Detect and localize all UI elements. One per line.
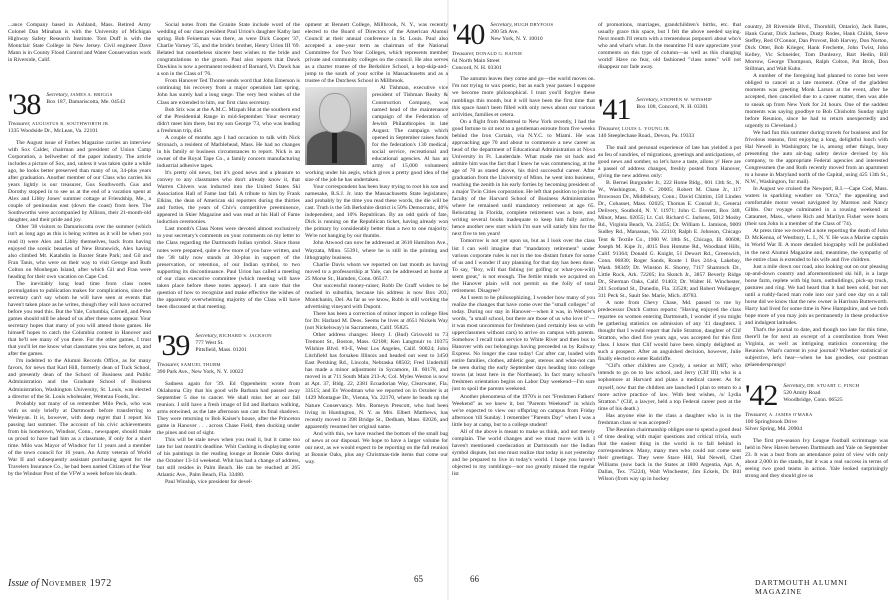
paragraph: Our successful money-raiser, Robb De Gra…: [305, 283, 448, 311]
magazine-spread: ...ance Company based in Ashland, Mass. …: [0, 0, 896, 600]
paragraph: "Clif's other children are Cyndy, a seni…: [598, 363, 741, 412]
class39-header: '39 Secretary, RICHARD S. JACKSON 777 We…: [157, 333, 300, 359]
portrait-photo-al-tishman: [305, 87, 367, 165]
paragraph: The autumn leaves they come and go—the w…: [452, 76, 595, 118]
paragraph: country, 28 Riverside Blvd., Thornhill, …: [745, 24, 888, 73]
paragraph: I'm indebted to the Alumni Records Offic…: [8, 358, 151, 400]
secretary-block: Secretary, HUGH DRYFOOS 200 5th Ave. New…: [490, 22, 553, 42]
paragraph: In August we cruised the Newport, R.I.—C…: [745, 186, 888, 228]
issue-date-footer: Issue of November 1972: [8, 578, 112, 589]
paragraph: Paul Winship, vice president for devel-: [157, 479, 300, 486]
paragraph: That's the journal to date, and though t…: [745, 327, 888, 369]
paragraph: Bob Stix was at the A.M.C. Mizpah Hut at…: [157, 107, 300, 135]
paragraph: Just a mile down our road, also looking …: [745, 264, 888, 327]
treasurer-block: Treasurer, AUGUSTUS R. SOUTHWORTH JR. 13…: [8, 121, 151, 135]
class-year: '38: [8, 92, 40, 118]
column-4: '40 Secretary, HUGH DRYFOOS 200 5th Ave.…: [452, 22, 595, 522]
paragraph: The mail and personal experience of late…: [598, 145, 741, 180]
class37-tail-paragraph: ...ance Company based in Ashland, Mass. …: [8, 22, 151, 64]
column-2: Social notes from the Granite State incl…: [157, 22, 300, 562]
paragraph: Has anyone else in the class a daughter …: [598, 413, 741, 427]
page-number-left: 65: [414, 574, 423, 584]
page-number-right: 66: [470, 574, 479, 584]
paragraph: Social notes from the Granite State incl…: [157, 22, 300, 78]
paragraph: of promotions, marriages, grandchildren'…: [598, 22, 741, 71]
secretary-block: Secretary, JAMES A. BRIGGS Box 187, Dama…: [46, 92, 125, 106]
paragraph: On a flight from Montreal to New York re…: [452, 119, 595, 239]
paragraph: John Atwood can now be addressed at 3610…: [305, 240, 448, 261]
treasurer-block: Treasurer, DONALD G. RAINIE 64 North Mai…: [452, 51, 595, 71]
paragraph: The inevitably long lead time from class…: [8, 281, 151, 359]
paragraph: A note from Chevy Chase, Md. passed to m…: [598, 300, 741, 363]
paragraph: All of the above is meant to make us thi…: [452, 429, 595, 478]
paragraph: There has been a correction of minor imp…: [305, 311, 448, 332]
secretary-block: Secretary, STEPHEN W. WINSHIP Box 108, C…: [636, 97, 712, 111]
class42-header: '42 Secretary, DR. STUART C. FINCH 520 A…: [745, 383, 888, 409]
paragraph: It's pretty old news, but it's good news…: [157, 170, 300, 226]
class-year: '42: [745, 383, 777, 409]
paragraph: Another phenomena of the 1970's is not "…: [452, 394, 595, 429]
paragraph: A couple of months ago I had occasion to…: [157, 135, 300, 170]
column-5: of promotions, marriages, grandchildren'…: [598, 22, 741, 572]
column-1: ...ance Company based in Ashland, Mass. …: [8, 22, 151, 582]
paragraph: B. Bernei Burgunder Jr., 222 Home Bldg.,…: [598, 180, 741, 300]
treasurer-block: Treasurer, LOUIS L. YOUNG JR. 140 Steepl…: [598, 126, 741, 140]
paragraph: At press time we received a note reporti…: [745, 228, 888, 263]
column-6: country, 28 Riverside Blvd., Thornhill, …: [745, 24, 888, 514]
secretary-block: Secretary, RICHARD S. JACKSON 777 West S…: [195, 333, 272, 353]
paragraph: We had fun this summer during travels fo…: [745, 130, 888, 186]
paragraph: Your correspondent has been busy trying …: [305, 184, 448, 240]
class-year: '40: [452, 22, 484, 48]
treasurer-block: Treasurer, SAMUEL THURM 390 Park Ave., N…: [157, 362, 300, 376]
paragraph: opment at Bennett College, Millbrook, N.…: [305, 22, 448, 85]
paragraph: Other address changes: Henry J. (Bud) Gr…: [305, 332, 448, 431]
paragraph: The first pre-season Ivy League football…: [745, 438, 888, 480]
paragraph: This will be stale news when you read it…: [157, 437, 300, 479]
paragraph: As I seem to be philosophizing, I wonder…: [452, 295, 595, 394]
paragraph: Last month's Class Notes were devoted al…: [157, 226, 300, 311]
class38-header: '38 Secretary, JAMES A. BRIGGS Box 187, …: [8, 92, 151, 118]
class41-header: '41 Secretary, STEPHEN W. WINSHIP Box 10…: [598, 97, 741, 123]
paragraph: The Reunion chairmanship obliges one to …: [598, 427, 741, 483]
column-3: opment at Bennett College, Millbrook, N.…: [305, 22, 448, 542]
magazine-title-footer: DARTMOUTH ALUMNI MAGAZINE: [755, 578, 896, 596]
paragraph: A number of the foregoing had planned to…: [745, 73, 888, 129]
paragraph: And with this, we have reached the botto…: [305, 431, 448, 466]
class-year: '41: [598, 97, 630, 123]
class40-header: '40 Secretary, HUGH DRYFOOS 200 5th Ave.…: [452, 22, 595, 48]
paragraph: Other '38 visitors to Damariscotta over …: [8, 224, 151, 280]
paragraph: Sadness again for '39. Ed Oppenheim wrot…: [157, 381, 300, 437]
paragraph: Charlie Davis whom we reported on last m…: [305, 262, 448, 283]
paragraph: Tomorrow is not yet upon us, but as I lo…: [452, 238, 595, 294]
secretary-block: Secretary, DR. STUART C. FINCH 520 Amity…: [783, 383, 859, 403]
paragraph: From Hanover Ted Thorne sends word that …: [157, 78, 300, 106]
paragraph: The August issue of Forbes Magazine carr…: [8, 140, 151, 225]
paragraph: Probably not many of us remember Milo Pe…: [8, 401, 151, 479]
treasurer-block: Treasurer, A. JAMES O'MARA 100 Springbro…: [745, 412, 888, 432]
class-year: '39: [157, 333, 189, 359]
